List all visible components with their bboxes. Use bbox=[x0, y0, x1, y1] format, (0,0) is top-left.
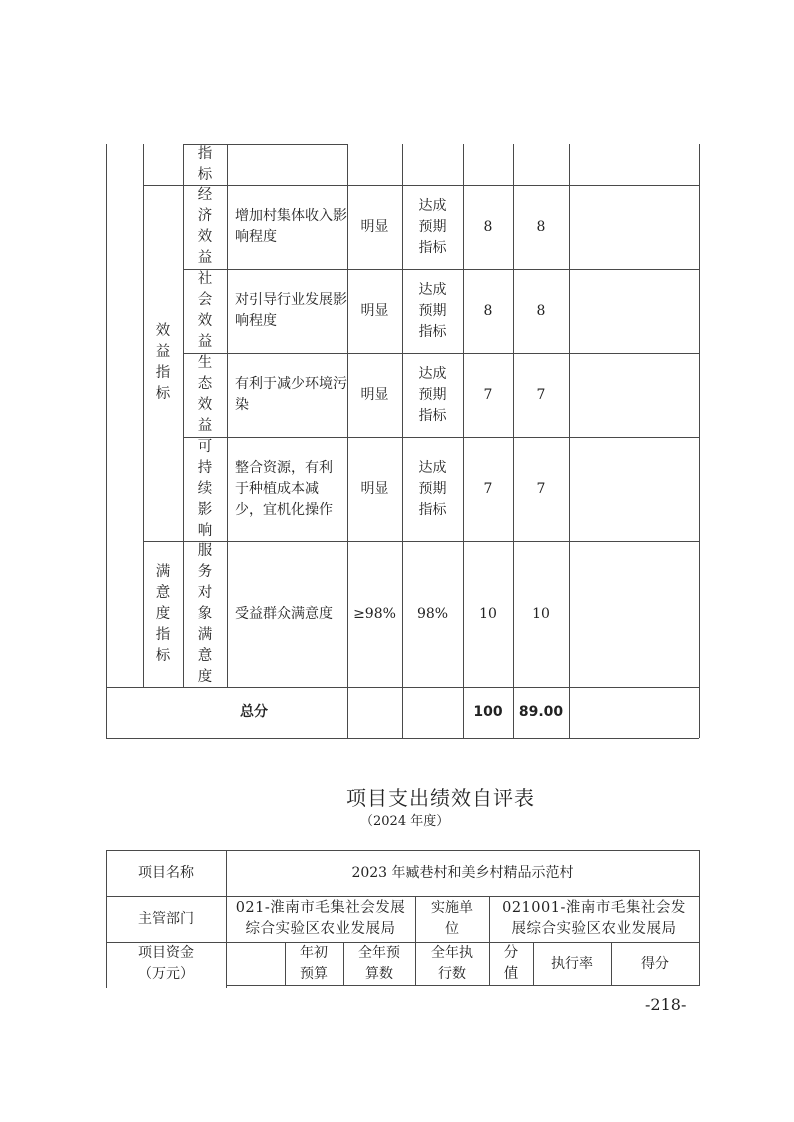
table-border-bottom bbox=[106, 738, 699, 739]
actual-value: 达成预期指标 bbox=[417, 196, 448, 259]
indicator-cell: 增加村集体收入影响程度 bbox=[227, 185, 347, 269]
fund-header-initial-budget: 年初预算 bbox=[285, 942, 343, 986]
weight-value: 8 bbox=[484, 217, 493, 238]
indicator-label: 受益群众满意度 bbox=[235, 604, 333, 625]
total-note-cell bbox=[569, 687, 699, 738]
score-cell: 7 bbox=[513, 437, 569, 541]
group-benefit-label: 效益指标 bbox=[155, 321, 171, 405]
fund-header-annual-budget: 全年预算数 bbox=[343, 942, 415, 986]
sub-category-label: 可持续影响 bbox=[197, 437, 213, 542]
actual-value-cell: 达成预期指标 bbox=[402, 437, 463, 541]
form-subtitle: （2024 年度） bbox=[360, 810, 449, 829]
score-value: 8 bbox=[537, 217, 546, 238]
fund-header-score: 得分 bbox=[611, 942, 699, 986]
continued-category-cell: 指标 bbox=[183, 144, 227, 185]
fund-label: 项目资金（万元） bbox=[131, 943, 201, 985]
score-cell: 10 bbox=[513, 541, 569, 687]
total-weight: 100 bbox=[473, 702, 502, 723]
note-cell bbox=[569, 185, 699, 269]
weight-cell: 8 bbox=[463, 269, 513, 353]
fund-label-cell: 项目资金（万元） bbox=[106, 942, 226, 986]
target-value: 明显 bbox=[361, 479, 389, 500]
target-value: 明显 bbox=[361, 217, 389, 238]
indicator-label: 有利于减少环境污染 bbox=[235, 374, 347, 416]
score-value: 7 bbox=[537, 385, 546, 406]
project-name-label: 项目名称 bbox=[138, 863, 194, 884]
actual-value-cell: 98% bbox=[402, 541, 463, 687]
table-border-left bbox=[106, 144, 107, 738]
indicator-cell: 受益群众满意度 bbox=[227, 541, 347, 687]
score-cell: 8 bbox=[513, 185, 569, 269]
total-score-cell: 89.00 bbox=[513, 687, 569, 738]
fund-header-label: 分值 bbox=[503, 943, 519, 985]
actual-value-cell: 达成预期指标 bbox=[402, 269, 463, 353]
weight-cell: 8 bbox=[463, 185, 513, 269]
target-value-cell: 明显 bbox=[347, 353, 402, 437]
actual-value: 达成预期指标 bbox=[417, 364, 448, 427]
fund-header-annual-execution: 全年执行数 bbox=[415, 942, 489, 986]
indicator-label: 对引导行业发展影响程度 bbox=[235, 290, 347, 332]
fund-header-label: 年初预算 bbox=[299, 943, 330, 985]
project-name-label-cell: 项目名称 bbox=[106, 850, 226, 896]
project-name-value-cell: 2023 年臧巷村和美乡村精品示范村 bbox=[226, 850, 699, 896]
group-satisfaction-indicator: 满意度指标 bbox=[143, 541, 183, 687]
actual-value-cell: 达成预期指标 bbox=[402, 353, 463, 437]
total-label-cell: 总分 bbox=[106, 687, 402, 738]
actual-value: 达成预期指标 bbox=[417, 458, 448, 521]
actual-value-cell: 达成预期指标 bbox=[402, 185, 463, 269]
weight-cell: 7 bbox=[463, 437, 513, 541]
weight-cell: 10 bbox=[463, 541, 513, 687]
impl-value-cell: 021001-淮南市毛集社会发展综合实验区农业发展局 bbox=[489, 896, 699, 942]
actual-value: 98% bbox=[417, 604, 448, 625]
sub-category-cell: 服务对象满意度 bbox=[183, 541, 227, 687]
sub-category-label: 生态效益 bbox=[197, 353, 213, 437]
indicator-cell: 对引导行业发展影响程度 bbox=[227, 269, 347, 353]
fund-header-blank bbox=[226, 942, 285, 986]
sub-category-cell: 经济效益 bbox=[183, 185, 227, 269]
score-value: 8 bbox=[537, 301, 546, 322]
project-name-value: 2023 年臧巷村和美乡村精品示范村 bbox=[351, 863, 573, 884]
target-value: 明显 bbox=[361, 385, 389, 406]
indicator-cell: 整合资源，有利于种植成本减少，宜机化操作 bbox=[227, 437, 347, 541]
fund-header-label: 得分 bbox=[641, 954, 669, 975]
impl-label-cell: 实施单位 bbox=[415, 896, 489, 942]
table-border-right bbox=[699, 144, 700, 738]
actual-value: 达成预期指标 bbox=[417, 280, 448, 343]
weight-cell: 7 bbox=[463, 353, 513, 437]
page-number: -218- bbox=[645, 995, 686, 1014]
impl-value: 021001-淮南市毛集社会发展综合实验区农业发展局 bbox=[495, 898, 693, 940]
total-actual-cell bbox=[402, 687, 463, 738]
impl-label: 实施单位 bbox=[430, 898, 475, 940]
score-cell: 8 bbox=[513, 269, 569, 353]
target-value: 明显 bbox=[361, 301, 389, 322]
dept-value: 021-淮南市毛集社会发展综合实验区农业发展局 bbox=[232, 898, 409, 940]
group-benefit-indicator: 效益指标 bbox=[143, 185, 183, 541]
note-cell bbox=[569, 437, 699, 541]
table-border-right bbox=[699, 850, 700, 986]
note-cell bbox=[569, 353, 699, 437]
score-cell: 7 bbox=[513, 353, 569, 437]
sub-category-label: 经济效益 bbox=[197, 185, 213, 269]
continued-category-label: 指标 bbox=[197, 144, 213, 186]
form-title: 项目支出绩效自评表 bbox=[346, 782, 535, 811]
score-value: 7 bbox=[537, 479, 546, 500]
note-cell bbox=[569, 269, 699, 353]
total-score: 89.00 bbox=[519, 702, 563, 723]
indicator-cell: 有利于减少环境污染 bbox=[227, 353, 347, 437]
fund-header-label: 全年执行数 bbox=[430, 943, 475, 985]
target-value-cell: 明显 bbox=[347, 185, 402, 269]
note-cell bbox=[569, 541, 699, 687]
dept-label: 主管部门 bbox=[138, 909, 194, 930]
weight-value: 8 bbox=[484, 301, 493, 322]
dept-label-cell: 主管部门 bbox=[106, 896, 226, 942]
sub-category-cell: 生态效益 bbox=[183, 353, 227, 437]
target-value-cell: 明显 bbox=[347, 269, 402, 353]
fund-header-execution-rate: 执行率 bbox=[533, 942, 611, 986]
target-value-cell: 明显 bbox=[347, 437, 402, 541]
indicator-label: 整合资源，有利于种植成本减少，宜机化操作 bbox=[235, 458, 343, 521]
group-satisfaction-label: 满意度指标 bbox=[155, 562, 171, 667]
total-weight-cell: 100 bbox=[463, 687, 513, 738]
target-value-cell: ≥98% bbox=[347, 541, 402, 687]
fund-header-weight: 分值 bbox=[489, 942, 533, 986]
dept-value-cell: 021-淮南市毛集社会发展综合实验区农业发展局 bbox=[226, 896, 415, 942]
weight-value: 10 bbox=[479, 604, 497, 625]
weight-value: 7 bbox=[484, 479, 493, 500]
sub-category-label: 社会效益 bbox=[197, 269, 213, 353]
target-value: ≥98% bbox=[353, 604, 396, 625]
weight-value: 7 bbox=[484, 385, 493, 406]
fund-header-label: 执行率 bbox=[551, 954, 593, 975]
sub-category-label: 服务对象满意度 bbox=[197, 541, 213, 688]
sub-category-cell: 社会效益 bbox=[183, 269, 227, 353]
sub-category-cell: 可持续影响 bbox=[183, 437, 227, 541]
fund-header-label: 全年预算数 bbox=[357, 943, 402, 985]
indicator-label: 增加村集体收入影响程度 bbox=[235, 206, 347, 248]
total-label: 总分 bbox=[240, 702, 268, 723]
score-value: 10 bbox=[532, 604, 550, 625]
